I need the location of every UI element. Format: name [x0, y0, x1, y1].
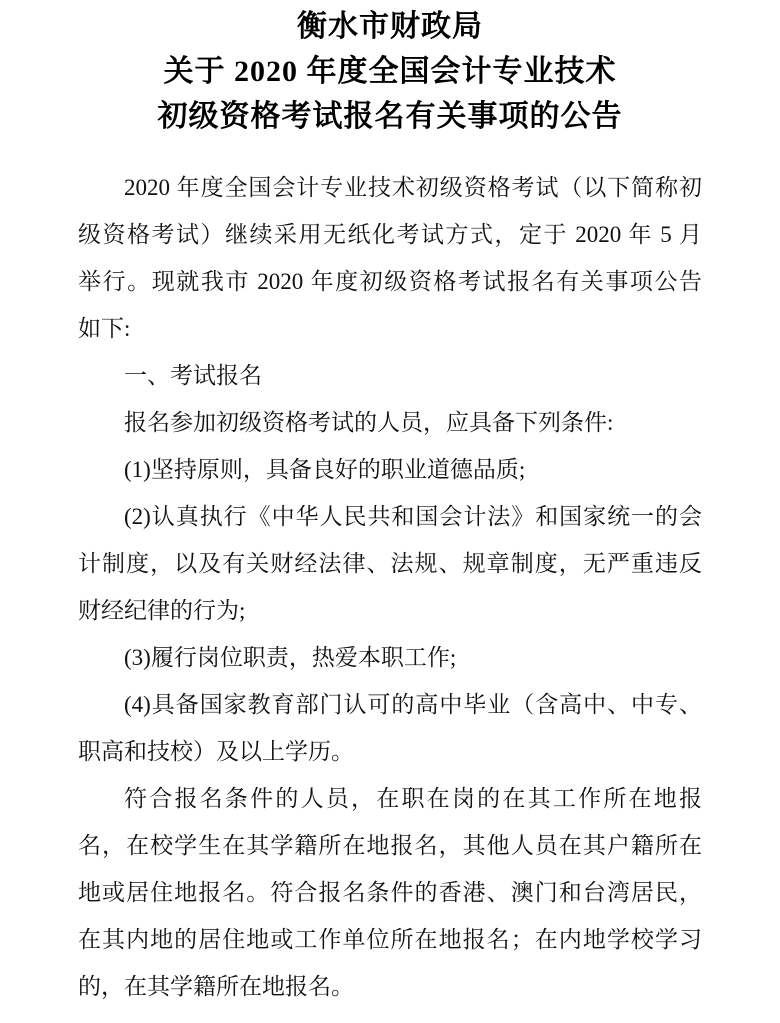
- text-line: 2020 年度全国会计专业技术初级资格考试（以下简称初: [78, 164, 702, 211]
- paragraph-condition-4: (4)具备国家教育部门认可的高中毕业（含高中、中专、 职高和技校）及以上学历。: [78, 681, 702, 775]
- text-line: 在其内地的居住地或工作单位所在地报名；在内地学校学习: [78, 916, 702, 963]
- text-line: (3)履行岗位职责，热爱本职工作;: [78, 634, 702, 681]
- paragraph-conditions-lead: 报名参加初级资格考试的人员，应具备下列条件:: [78, 399, 702, 446]
- paragraph-section-heading: 一、考试报名: [78, 352, 702, 399]
- title-line-2: 关于 2020 年度全国会计专业技术: [0, 49, 780, 94]
- text-line: (2)认真执行《中华人民共和国会计法》和国家统一的会: [78, 493, 702, 540]
- paragraph-condition-2: (2)认真执行《中华人民共和国会计法》和国家统一的会 计制度，以及有关财经法律、…: [78, 493, 702, 634]
- paragraph-intro: 2020 年度全国会计专业技术初级资格考试（以下简称初 级资格考试）继续采用无纸…: [78, 164, 702, 352]
- paragraph-condition-3: (3)履行岗位职责，热爱本职工作;: [78, 634, 702, 681]
- text-line: 如下:: [78, 305, 702, 352]
- title-line-1: 衡水市财政局: [0, 4, 780, 49]
- text-line: 计制度，以及有关财经法律、法规、规章制度，无严重违反: [78, 540, 702, 587]
- document-title: 衡水市财政局 关于 2020 年度全国会计专业技术 初级资格考试报名有关事项的公…: [0, 4, 780, 139]
- section-heading-line: 一、考试报名: [78, 352, 702, 399]
- text-line: 财经纪律的行为;: [78, 587, 702, 634]
- text-line: 的，在其学籍所在地报名。: [78, 963, 702, 1010]
- text-line: (4)具备国家教育部门认可的高中毕业（含高中、中专、: [78, 681, 702, 728]
- text-line: 级资格考试）继续采用无纸化考试方式，定于 2020 年 5 月: [78, 211, 702, 258]
- text-line: 地或居住地报名。符合报名条件的香港、澳门和台湾居民，: [78, 869, 702, 916]
- text-line: 职高和技校）及以上学历。: [78, 728, 702, 775]
- paragraph-registration-location: 符合报名条件的人员，在职在岗的在其工作所在地报 名，在校学生在其学籍所在地报名，…: [78, 775, 702, 1010]
- document-body: 2020 年度全国会计专业技术初级资格考试（以下简称初 级资格考试）继续采用无纸…: [78, 164, 702, 1010]
- text-line: 举行。现就我市 2020 年度初级资格考试报名有关事项公告: [78, 258, 702, 305]
- text-line: (1)坚持原则，具备良好的职业道德品质;: [78, 446, 702, 493]
- text-line: 符合报名条件的人员，在职在岗的在其工作所在地报: [78, 775, 702, 822]
- text-line: 报名参加初级资格考试的人员，应具备下列条件:: [78, 399, 702, 446]
- text-line: 名，在校学生在其学籍所在地报名，其他人员在其户籍所在: [78, 822, 702, 869]
- paragraph-condition-1: (1)坚持原则，具备良好的职业道德品质;: [78, 446, 702, 493]
- title-line-3: 初级资格考试报名有关事项的公告: [0, 94, 780, 139]
- document-page: 衡水市财政局 关于 2020 年度全国会计专业技术 初级资格考试报名有关事项的公…: [0, 0, 780, 1023]
